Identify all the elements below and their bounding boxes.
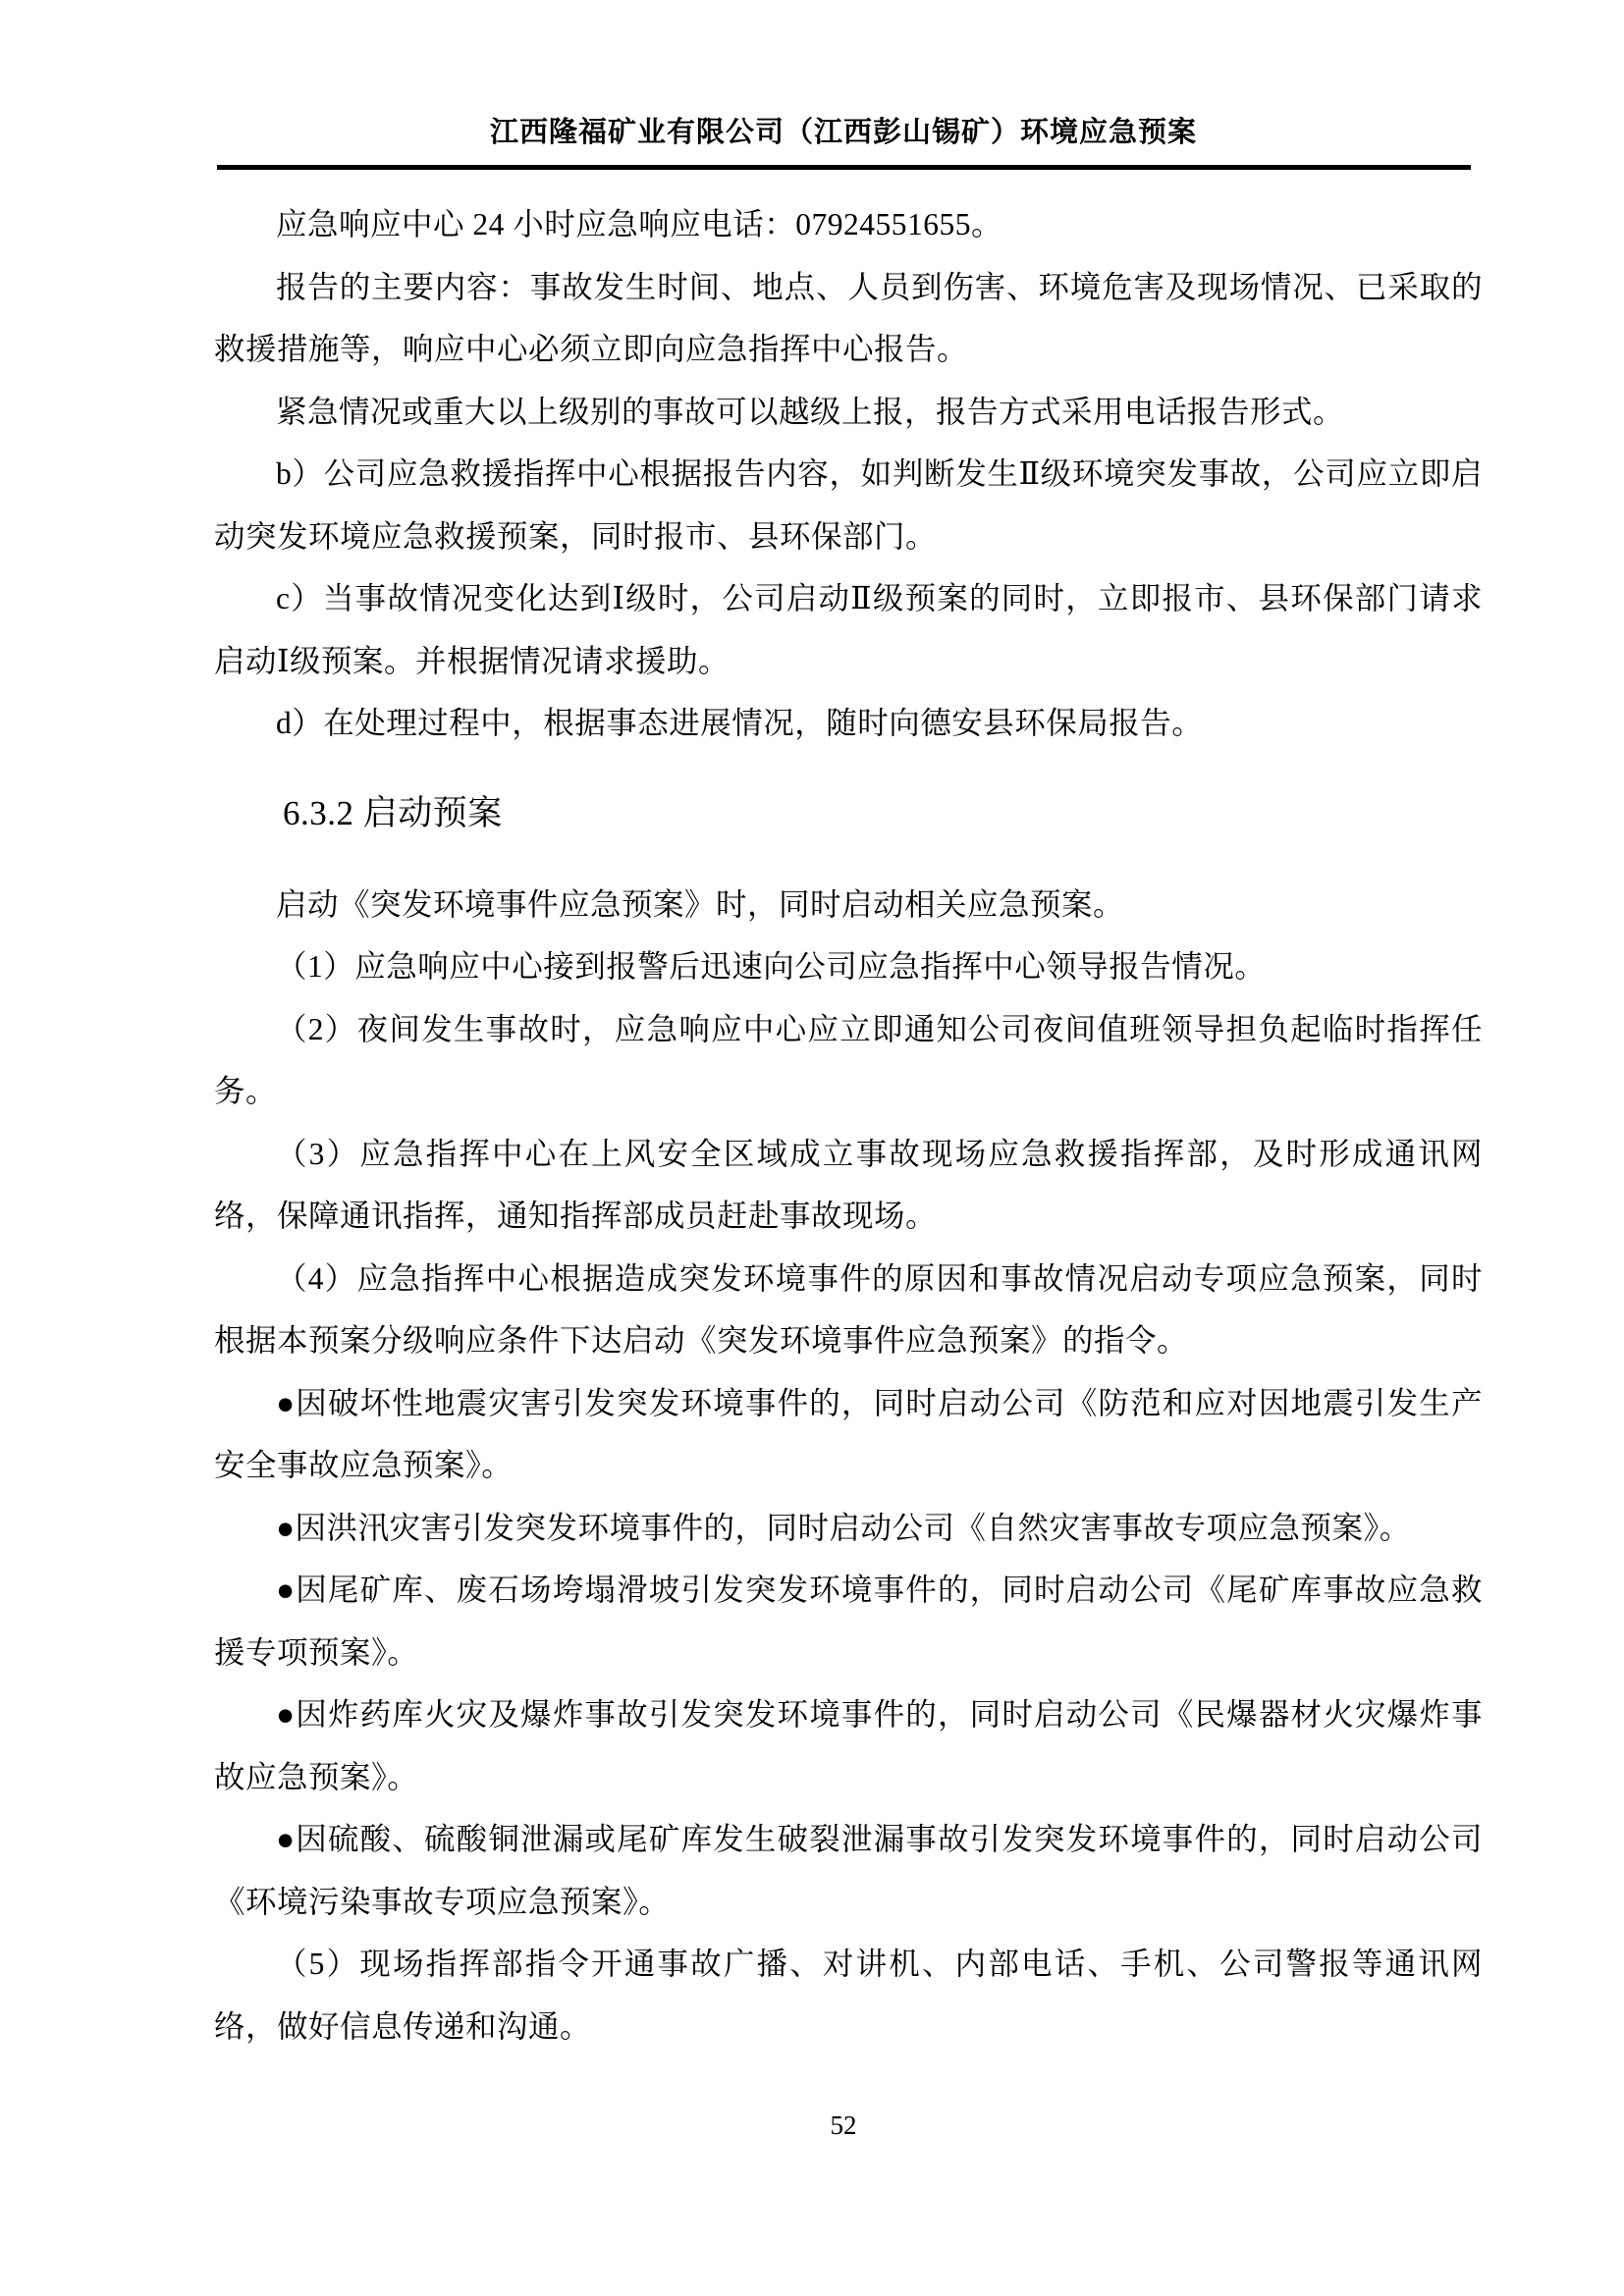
page-number: 52 (831, 2110, 857, 2140)
document-page: 江西隆福矿业有限公司（江西彭山锡矿）环境应急预案 应急响应中心 24 小时应急响… (0, 0, 1624, 2296)
paragraph: （3）应急指挥中心在上风安全区域成立事故现场应急救援指挥部，及时形成通讯网络，保… (214, 1123, 1483, 1248)
paragraph: b）公司应急救援指挥中心根据报告内容，如判断发生Ⅱ级环境突发事故，公司应立即启动… (214, 443, 1483, 567)
paragraph: （1）应急响应中心接到报警后迅速向公司应急指挥中心领导报告情况。 (214, 935, 1483, 998)
paragraph: ●因洪汛灾害引发突发环境事件的，同时启动公司《自然灾害事故专项应急预案》。 (214, 1497, 1483, 1560)
paragraph: 紧急情况或重大以上级别的事故可以越级上报，报告方式采用电话报告形式。 (214, 381, 1483, 444)
section-heading: 6.3.2 启动预案 (214, 779, 1483, 848)
paragraph: ●因硫酸、硫酸铜泄漏或尾矿库发生破裂泄漏事故引发突发环境事件的，同时启动公司《环… (214, 1808, 1483, 1933)
paragraph: ●因尾矿库、废石场垮塌滑坡引发突发环境事件的，同时启动公司《尾矿库事故应急救援专… (214, 1559, 1483, 1683)
paragraph: （2）夜间发生事故时，应急响应中心应立即通知公司夜间值班领导担负起临时指挥任务。 (214, 998, 1483, 1123)
page-header: 江西隆福矿业有限公司（江西彭山锡矿）环境应急预案 (216, 110, 1471, 150)
document-body: 应急响应中心 24 小时应急响应电话：07924551655。 报告的主要内容：… (214, 193, 1483, 2057)
paragraph: c）当事故情况变化达到Ⅰ级时，公司启动Ⅱ级预案的同时，立即报市、县环保部门请求启… (214, 567, 1483, 692)
paragraph: ●因炸药库火灾及爆炸事故引发突发环境事件的，同时启动公司《民爆器材火灾爆炸事故应… (214, 1683, 1483, 1808)
header-divider (217, 165, 1471, 170)
paragraph: 报告的主要内容：事故发生时间、地点、人员到伤害、环境危害及现场情况、已采取的救援… (214, 256, 1483, 381)
document-title: 江西隆福矿业有限公司（江西彭山锡矿）环境应急预案 (216, 110, 1471, 150)
paragraph: ●因破坏性地震灾害引发突发环境事件的，同时启动公司《防范和应对因地震引发生产安全… (214, 1372, 1483, 1497)
paragraph: （4）应急指挥中心根据造成突发环境事件的原因和事故情况启动专项应急预案，同时根据… (214, 1248, 1483, 1372)
paragraph: 启动《突发环境事件应急预案》时，同时启动相关应急预案。 (214, 874, 1483, 936)
paragraph: d）在处理过程中，根据事态进展情况，随时向德安县环保局报告。 (214, 692, 1483, 755)
page-footer: 52 (216, 2110, 1471, 2141)
paragraph: （5）现场指挥部指令开通事故广播、对讲机、内部电话、手机、公司警报等通讯网络，做… (214, 1933, 1483, 2057)
paragraph: 应急响应中心 24 小时应急响应电话：07924551655。 (214, 193, 1483, 256)
